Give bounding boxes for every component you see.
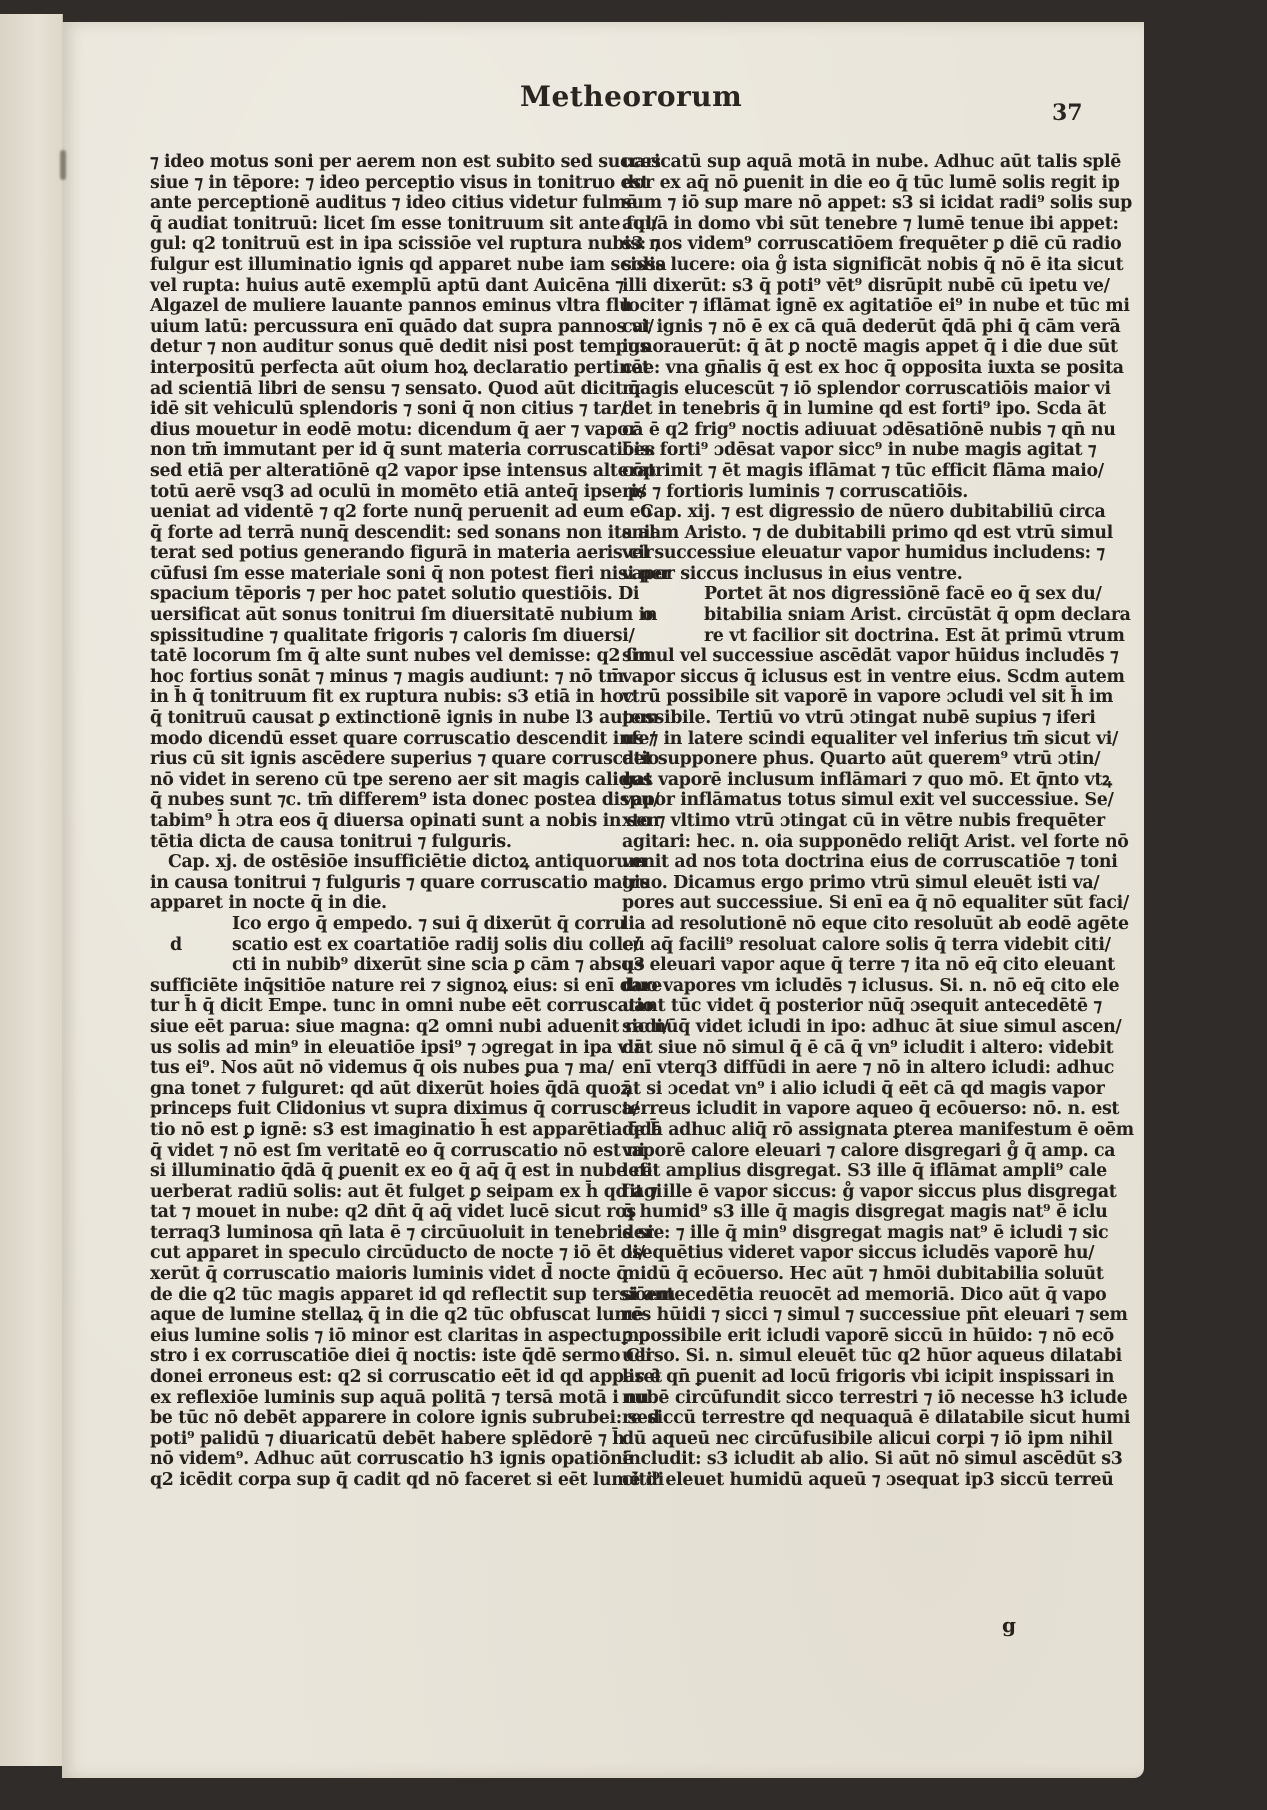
text-line: vtrū possibile sit vaporē in vapore ɔclu…: [622, 687, 1077, 708]
line-text: si illuminatio q̄dā q̄ ꝑuenit ex eo q̄ a…: [150, 1161, 652, 1181]
line-text: res hūidi ⁊ sicci ⁊ simul ⁊ successiue p…: [622, 1305, 1128, 1325]
signature-mark: g: [1002, 1613, 1016, 1637]
line-text: ante perceptionē auditus ⁊ ideo citius v…: [150, 193, 637, 213]
text-line: includit: s3 icludit ab alio. Si aūt nō …: [622, 1449, 1077, 1470]
line-text: q̄ videt ⁊ nō est ſm veritatē eo q̄ corr…: [150, 1141, 645, 1161]
text-line: ignorauerūt: q̄ āt ꝑ noctē magis appet q…: [622, 337, 1077, 358]
text-line: aque de lumine stellaꝝ q̄ in die q2 tūc …: [150, 1305, 590, 1326]
chapter-heading-line: Cap. xj. de ostēsiōe insufficiētie dicto…: [150, 852, 590, 873]
text-line: cāe: vna gn̄alis q̄ est ex hoc q̄ opposi…: [622, 358, 1077, 379]
text-line: cti in nubib⁹ dixerūt sine scia ꝑ cām ⁊ …: [150, 955, 590, 976]
line-text: re siccū terrestre qd nequaquā ē dilatab…: [622, 1408, 1130, 1428]
line-text: eius lumine solis ⁊ iō minor est clarita…: [150, 1326, 650, 1346]
line-text: terat sed potius generando figurā in mat…: [150, 543, 653, 563]
line-text: aquā in domo vbi sūt tenebre ⁊ lumē tenu…: [622, 214, 1119, 234]
line-text: terreus icludit in vapore aqueo q̄ ecōue…: [622, 1099, 1119, 1119]
text-line: āt si ɔcedat vn⁹ i alio icludi q̄ eēt cā…: [622, 1079, 1077, 1100]
text-line: vaporē calore eleuari ⁊ calore disgregar…: [622, 1141, 1077, 1162]
line-text: idē sit vehiculū splendoris ⁊ soni q̄ no…: [150, 399, 626, 419]
text-line: bes forti⁹ ɔdēsat vapor sicc⁹ in nube ma…: [622, 440, 1077, 461]
text-line: tētia dicta de causa tonitrui ⁊ fulguris…: [150, 832, 590, 853]
line-text: non tm̄ immutant per id q̄ sunt materia …: [150, 440, 656, 460]
line-text: dor ex aq̄ nō ꝑuenit in die eo q̄ tūc lu…: [622, 173, 1120, 193]
line-text: lis ē qn̄ ꝑuenit ad locū frigoris vbi ic…: [622, 1367, 1114, 1387]
line-text: siue eēt parua: siue magna: q2 omni nubi…: [150, 1017, 669, 1037]
line-text: siue ⁊ in tēpore: ⁊ ideo perceptio visus…: [150, 173, 648, 193]
line-text: lia ad resolutionē nō eque cito resoluūt…: [622, 914, 1129, 934]
text-line: si antecedētia reuocēt ad memoriā. Dico …: [622, 1285, 1077, 1306]
text-line: re siccū terrestre qd nequaquā ē dilatab…: [622, 1408, 1077, 1429]
text-line: possibile. Tertiū vo vtrū ɔtingat nubē s…: [622, 708, 1077, 729]
line-text: gat vaporē inclusum inflāmari ⁊ quo mō. …: [622, 770, 1112, 790]
line-text: be tūc nō debēt apparere in colore ignis…: [150, 1408, 659, 1428]
line-text: truo. Dicamus ergo primo vtrū simul eleu…: [622, 873, 1099, 893]
line-text: possibile. Tertiū vo vtrū ɔtingat nubē s…: [622, 708, 1095, 728]
line-text: interpositū perfecta aūt oium hoꝝ declar…: [150, 358, 650, 378]
text-line: aquā in domo vbi sūt tenebre ⁊ lumē tenu…: [622, 214, 1077, 235]
text-line: uerso. Si. n. simul eleuēt tūc q2 hūor a…: [622, 1346, 1077, 1367]
text-line: sum ⁊ iō sup mare nō appet: s3 si icidat…: [622, 193, 1077, 214]
text-line: venit ad nos tota doctrina eius de corru…: [622, 852, 1077, 873]
line-text: ad scientiā libri de sensu ⁊ sensato. Qu…: [150, 379, 640, 399]
running-title: Metheororum: [520, 80, 742, 113]
line-text: bes forti⁹ ɔdēsat vapor sicc⁹ in nube ma…: [622, 440, 1096, 460]
text-line: enī vterq3 diffūdi in aere ⁊ nō in alter…: [622, 1058, 1077, 1079]
text-line: vapor siccus q̄ iclusus est in ventre ei…: [622, 667, 1077, 688]
line-text: sufficiēte inq̄sitiōe nature rei ⁊ signo…: [150, 976, 662, 996]
text-column-right: uaricatū sup aquā motā in nube. Adhuc aū…: [622, 152, 1077, 1491]
line-text: cā ē q2 frig⁹ noctis adiuuat ɔdēsatiōnē …: [622, 420, 1116, 440]
text-line: uersificat aūt sonus tonitrui ſm diuersi…: [150, 605, 590, 626]
text-line: xerūt q̄ corruscatio maioris luminis vid…: [150, 1264, 590, 1285]
line-text: vapor siccus q̄ iclusus est in ventre ei…: [622, 667, 1125, 687]
line-text: venit ad nos tota doctrina eius de corru…: [622, 852, 1117, 872]
line-text: rius cū sit ignis ascēdere superius ⁊ qu…: [150, 749, 659, 769]
text-line: de die q2 tūc magis apparet id qd reflec…: [150, 1285, 590, 1306]
line-text: cti in nubib⁹ dixerūt sine scia ꝑ cām ⁊ …: [232, 955, 645, 975]
line-text: dere: ⁊ ille q̄ min⁹ disgregat magis nat…: [622, 1223, 1108, 1243]
line-text: tat ⁊ mouet in nube: q2 dn̄t q̄ aq̄ vide…: [150, 1202, 636, 1222]
text-line: us solis ad min⁹ in eleuatiōe ipsi⁹ ⁊ ɔg…: [150, 1038, 590, 1059]
text-line: vel successiue eleuatur vapor humidus in…: [622, 543, 1077, 564]
text-line: stro i ex corruscatiōe diei q̄ noctis: i…: [150, 1346, 590, 1367]
text-line: Algazel de muliere lauante pannos eminus…: [150, 296, 590, 317]
text-line: terraq3 luminosa qn̄ lata ē ⁊ circūuolui…: [150, 1223, 590, 1244]
guide-letter: o: [642, 605, 653, 626]
text-line: citi⁹ eleuet humidū aqueū ⁊ ɔsequat ip3 …: [622, 1470, 1077, 1491]
line-text: sniam Aristo. ⁊ de dubitabili primo qd e…: [622, 523, 1113, 543]
text-line: totū aerē vsq3 ad oculū in momēto etiā a…: [150, 482, 590, 503]
line-text: totū aerē vsq3 ad oculū in momēto etiā a…: [150, 482, 646, 502]
text-line: interpositū perfecta aūt oium hoꝝ declar…: [150, 358, 590, 379]
line-text: illi dixerūt: s3 q̄ poti⁹ vēt⁹ disrūpit …: [622, 276, 1110, 296]
line-text: us eleuari vapor aque q̄ terre ⁊ ita nō …: [622, 955, 1115, 975]
line-text: cut apparet in speculo circūducto de noc…: [150, 1243, 645, 1263]
line-text: de h̄ adhuc aliq̄ rō assignata ꝑterea ma…: [622, 1120, 1134, 1140]
text-line: q̄ forte ad terrā nunq̄ descendit: sed s…: [150, 523, 590, 544]
line-text: Cap. xj. de ostēsiōe insufficiētie dicto…: [168, 852, 646, 872]
line-text: cūfusi ſm esse materiale soni q̄ non pot…: [150, 564, 671, 584]
line-text: solis lucere: oia g̊ ista significāt nob…: [622, 255, 1123, 275]
text-line: rius cū sit ignis ascēdere superius ⁊ qu…: [150, 749, 590, 770]
line-text: terraq3 luminosa qn̄ lata ē ⁊ circūuolui…: [150, 1223, 653, 1243]
line-text: sed etiā per alteratiōnē q2 vapor ipse i…: [150, 461, 656, 481]
line-text: tio nō est ꝑ ignē: s3 est imaginatio h̄ …: [150, 1120, 662, 1140]
line-text: nō videt in sereno cū tpe sereno aer sit…: [150, 770, 652, 790]
text-line: terreus icludit in vapore aqueo q̄ ecōue…: [622, 1099, 1077, 1120]
line-text: in h̄ q̄ tonitruum fit ex ruptura nubis:…: [150, 687, 634, 707]
line-text: sic nūq̄ videt icludi in ipo: adhuc āt s…: [622, 1017, 1121, 1037]
text-line: dius mouetur in eodē motu: dicendum q̄ a…: [150, 420, 590, 441]
text-line: solis lucere: oia g̊ ista significāt nob…: [622, 255, 1077, 276]
text-line: uant tūc videt q̄ posterior nūq̄ ɔsequit…: [622, 996, 1077, 1017]
text-line: modo dicendū esset quare corruscatio des…: [150, 729, 590, 750]
text-line: lia ad resolutionē nō eque cito resoluūt…: [622, 914, 1077, 935]
line-text: nō videm⁹. Adhuc aūt corruscatio h3 igni…: [150, 1449, 633, 1469]
text-line: tur h̄ q̄ dicit Empe. tunc in omni nube …: [150, 996, 590, 1017]
folio-number: 37: [1052, 100, 1083, 126]
line-text: spissitudine ⁊ qualitate frigoris ⁊ calo…: [150, 626, 634, 646]
text-line: in causa tonitrui ⁊ fulguris ⁊ quare cor…: [150, 873, 590, 894]
line-text: donei erroneus est: q2 si corruscatio eē…: [150, 1367, 662, 1387]
text-line: cat ignis ⁊ nō ē ex cā quā dederūt q̄dā …: [622, 317, 1077, 338]
line-text: us solis ad min⁹ in eleuatiōe ipsi⁹ ⁊ ɔg…: [150, 1038, 643, 1058]
line-text: uersificat aūt sonus tonitrui ſm diuersi…: [150, 605, 657, 625]
line-text: xto ⁊ vltimo vtrū ɔtingat cū in vētre nu…: [622, 811, 1105, 831]
line-text: tatē locorum ſm q̄ alte sunt nubes vel d…: [150, 646, 651, 666]
ink-stain: [60, 150, 66, 180]
text-line: siue ⁊ in tēpore: ⁊ ideo perceptio visus…: [150, 173, 590, 194]
text-line: sufficiēte inq̄sitiōe nature rei ⁊ signo…: [150, 976, 590, 997]
text-line: cū aq̄ facili⁹ resoluat calore solis q̄ …: [622, 935, 1077, 956]
text-line: ꝑ possibile erit icludi vaporē siccū in …: [622, 1326, 1077, 1347]
line-text: q2 icēdit corpa sup q̄ cadit qd nō facer…: [150, 1470, 664, 1490]
line-text: pores aut successiue. Si enī ea q̄ nō eq…: [622, 893, 1129, 913]
text-line: detur ⁊ non auditur sonus quē dedit nisi…: [150, 337, 590, 358]
text-line: eius lumine solis ⁊ iō minor est clarita…: [150, 1326, 590, 1347]
line-text: includit: s3 icludit ab alio. Si aūt nō …: [622, 1449, 1123, 1469]
line-text: cāe: vna gn̄alis q̄ est ex hoc q̄ opposi…: [622, 358, 1124, 378]
text-line: si illuminatio q̄dā q̄ ꝑuenit ex eo q̄ a…: [150, 1161, 590, 1182]
text-line: vapor siccus inclusus in eius ventre.: [622, 564, 1077, 585]
line-text: agitari: hec. n. oia supponēdo reliq̄t A…: [622, 832, 1129, 852]
text-line: q̄ audiat tonitruū: licet ſm esse tonitr…: [150, 214, 590, 235]
text-line: re vt facilior sit doctrina. Est āt prim…: [622, 626, 1077, 647]
text-column-left: ⁊ ideo motus soni per aerem non est subi…: [150, 152, 590, 1491]
line-text: vaporē calore eleuari ⁊ calore disgregar…: [622, 1141, 1115, 1161]
text-line: tio nō est ꝑ ignē: s3 est imaginatio h̄ …: [150, 1120, 590, 1141]
line-text: q̄ forte ad terrā nunq̄ descendit: sed s…: [150, 523, 655, 543]
line-text: bitabilia sniam Arist. circūstāt q̄ opm …: [704, 605, 1131, 625]
text-line: fit ⁊ ille ē vapor siccus: g̊ vapor sicc…: [622, 1182, 1077, 1203]
text-line: lis ē qn̄ ꝑuenit ad locū frigoris vbi ic…: [622, 1367, 1077, 1388]
text-line: us ⁊ in latere scindi equaliter vel infe…: [622, 729, 1077, 750]
text-line: uaricatū sup aquā motā in nube. Adhuc aū…: [622, 152, 1077, 173]
text-line: non tm̄ immutant per id q̄ sunt materia …: [150, 440, 590, 461]
line-text: s3 nos videm⁹ corruscatiōem frequēter ꝑ …: [622, 234, 1121, 254]
line-text: spacium tēporis ⁊ per hoc patet solutio …: [150, 584, 639, 604]
line-text: dius mouetur in eodē motu: dicendum q̄ a…: [150, 420, 637, 440]
text-line: truo. Dicamus ergo primo vtrū simul eleu…: [622, 873, 1077, 894]
text-line: lefit amplius disgregat. S3 ille q̄ iflā…: [622, 1161, 1077, 1182]
text-line: s3 nos videm⁹ corruscatiōem frequēter ꝑ …: [622, 234, 1077, 255]
text-line: nō videm⁹. Adhuc aūt corruscatio h3 igni…: [150, 1449, 590, 1470]
line-text: dāt siue nō simul q̄ ē cā q̄ vn⁹ icludit…: [622, 1038, 1113, 1058]
text-line: vapor inflāmatus totus simul exit vel su…: [622, 790, 1077, 811]
text-line: q̄ nubes sunt ⁊c. tm̄ differem⁹ ista don…: [150, 790, 590, 811]
text-line: dū aqueū nec circūfusibile alicui corpi …: [622, 1429, 1077, 1450]
text-line: q̄ videt ⁊ nō est ſm veritatē eo q̄ corr…: [150, 1141, 590, 1162]
line-text: ris ⁊ fortioris luminis ⁊ corruscatiōis.: [622, 482, 968, 502]
text-line: gul: q2 tonitruū est in ipa scissiōe vel…: [150, 234, 590, 255]
line-text: uant tūc videt q̄ posterior nūq̄ ɔsequit…: [622, 996, 1102, 1016]
line-text: princeps fuit Clidonius vt supra diximus…: [150, 1099, 639, 1119]
line-text: apparet in nocte q̄ in die.: [150, 893, 387, 913]
text-line: gna tonet ⁊ fulguret: qd aūt dixerūt hoi…: [150, 1079, 590, 1100]
text-line: ɔsequētius videret vapor siccus icludēs …: [622, 1243, 1077, 1264]
line-text: det in tenebris q̄ in lumine qd est fort…: [622, 399, 1106, 419]
text-line: q̄ tonitruū causat ꝑ extinctionē ignis i…: [150, 708, 590, 729]
text-line: ueniat ad videntē ⁊ q2 forte nunq̄ perue…: [150, 502, 590, 523]
line-text: uaricatū sup aquā motā in nube. Adhuc aū…: [622, 152, 1121, 172]
line-text: us ⁊ in latere scindi equaliter vel infe…: [622, 729, 1118, 749]
line-text: q̄ tonitruū causat ꝑ extinctionē ignis i…: [150, 708, 659, 728]
line-text: Portet āt nos digressiōnē facē eo q̄ sex…: [704, 584, 1101, 604]
text-line: cūfusi ſm esse materiale soni q̄ non pot…: [150, 564, 590, 585]
line-text: ɔsequētius videret vapor siccus icludēs …: [622, 1243, 1094, 1263]
line-text: uium latū: percussura enī quādo dat supr…: [150, 317, 654, 337]
text-line: sic nūq̄ videt icludi in ipo: adhuc āt s…: [622, 1017, 1077, 1038]
line-text: detur ⁊ non auditur sonus quē dedit nisi…: [150, 337, 649, 357]
text-line: in h̄ q̄ tonitruum fit ex ruptura nubis:…: [150, 687, 590, 708]
text-line: illi dixerūt: s3 q̄ poti⁹ vēt⁹ disrūpit …: [622, 276, 1077, 297]
text-line: xto ⁊ vltimo vtrū ɔtingat cū in vētre nu…: [622, 811, 1077, 832]
text-line: nubē circūfundit sicco terrestri ⁊ iō ne…: [622, 1388, 1077, 1409]
text-line: duo vapores vm icludēs ⁊ iclusus. Si. n.…: [622, 976, 1077, 997]
line-text: uerso. Si. n. simul eleuēt tūc q2 hūor a…: [622, 1346, 1122, 1366]
text-line: sed etiā per alteratiōnē q2 vapor ipse i…: [150, 461, 590, 482]
text-line: det supponere phus. Quarto aūt querem⁹ v…: [622, 749, 1077, 770]
line-text: dū aqueū nec circūfusibile alicui corpi …: [622, 1429, 1113, 1449]
text-line: ante perceptionē auditus ⁊ ideo citius v…: [150, 193, 590, 214]
text-line: simul vel successiue ascēdāt vapor hūidu…: [622, 646, 1077, 667]
text-line: Portet āt nos digressiōnē facē eo q̄ sex…: [622, 584, 1077, 605]
line-text: poti⁹ palidū ⁊ diuaricatū debēt habere s…: [150, 1429, 624, 1449]
text-line: spacium tēporis ⁊ per hoc patet solutio …: [150, 584, 590, 605]
line-text: tus ei⁹. Nos aūt nō videmus q̄ ois nubes…: [150, 1058, 614, 1078]
text-line: siue eēt parua: siue magna: q2 omni nubi…: [150, 1017, 590, 1038]
line-text: q̄ humid⁹ s3 ille q̄ magis disgregat mag…: [622, 1202, 1107, 1222]
line-text: det supponere phus. Quarto aūt querem⁹ v…: [622, 749, 1100, 769]
text-line: vel rupta: huius autē exemplū aptū dant …: [150, 276, 590, 297]
text-line: cut apparet in speculo circūducto de noc…: [150, 1243, 590, 1264]
text-line: res hūidi ⁊ sicci ⁊ simul ⁊ successiue p…: [622, 1305, 1077, 1326]
text-line: apparet in nocte q̄ in die.: [150, 893, 590, 914]
line-text: Algazel de muliere lauante pannos eminus…: [150, 296, 631, 316]
line-text: cat ignis ⁊ nō ē ex cā quā dederūt q̄dā …: [622, 317, 1120, 337]
line-text: re vt facilior sit doctrina. Est āt prim…: [704, 626, 1125, 646]
line-text: vapor inflāmatus totus simul exit vel su…: [622, 790, 1113, 810]
line-text: ꝑ possibile erit icludi vaporē siccū in …: [622, 1326, 1114, 1346]
line-text: stro i ex corruscatiōe diei q̄ noctis: i…: [150, 1346, 652, 1366]
line-text: vel rupta: huius autē exemplū aptū dant …: [150, 276, 624, 296]
text-line: poti⁹ palidū ⁊ diuaricatū debēt habere s…: [150, 1429, 590, 1450]
text-line: tabim⁹ h̄ ɔtra eos q̄ diuersa opinati su…: [150, 811, 590, 832]
line-text: tabim⁹ h̄ ɔtra eos q̄ diuersa opinati su…: [150, 811, 659, 831]
text-line: cā ē q2 frig⁹ noctis adiuuat ɔdēsatiōnē …: [622, 420, 1077, 441]
text-line: be tūc nō debēt apparere in colore ignis…: [150, 1408, 590, 1429]
line-text: aque de lumine stellaꝝ q̄ in die q2 tūc …: [150, 1305, 643, 1325]
text-line: pores aut successiue. Si enī ea q̄ nō eq…: [622, 893, 1077, 914]
text-line: ex reflexiōe luminis sup aquā politā ⁊ t…: [150, 1388, 590, 1409]
text-line: uerberat radiū solis: aut ēt fulget ꝑ se…: [150, 1182, 590, 1203]
text-line: princeps fuit Clidonius vt supra diximus…: [150, 1099, 590, 1120]
text-line: dere: ⁊ ille q̄ min⁹ disgregat magis nat…: [622, 1223, 1077, 1244]
line-text: lociter ⁊ iflāmat ignē ex agitatiōe ei⁹ …: [622, 296, 1130, 316]
line-text: modo dicendū esset quare corruscatio des…: [150, 729, 655, 749]
line-text: ueniat ad videntē ⁊ q2 forte nunq̄ perue…: [150, 502, 652, 522]
line-text: xerūt q̄ corruscatio maioris luminis vid…: [150, 1264, 628, 1284]
text-line: hoc fortius sonāt ⁊ minus ⁊ magis audiun…: [150, 667, 590, 688]
text-line: det in tenebris q̄ in lumine qd est fort…: [622, 399, 1077, 420]
text-line: cōprimit ⁊ ēt magis iflāmat ⁊ tūc effici…: [622, 461, 1077, 482]
line-text: ⁊ ideo motus soni per aerem non est subi…: [150, 152, 661, 172]
text-line: donei erroneus est: q2 si corruscatio eē…: [150, 1367, 590, 1388]
text-line: tat ⁊ mouet in nube: q2 dn̄t q̄ aq̄ vide…: [150, 1202, 590, 1223]
line-text: Ico ergo q̄ empedo. ⁊ sui q̄ dixerūt q̄ …: [232, 914, 626, 934]
facing-page-edge: [0, 14, 63, 1766]
line-text: de die q2 tūc magis apparet id qd reflec…: [150, 1285, 675, 1305]
text-line: de h̄ adhuc aliq̄ rō assignata ꝑterea ma…: [622, 1120, 1077, 1141]
line-text: vapor siccus inclusus in eius ventre.: [622, 564, 962, 584]
text-line: nō videt in sereno cū tpe sereno aer sit…: [150, 770, 590, 791]
line-text: gul: q2 tonitruū est in ipa scissiōe vel…: [150, 234, 660, 254]
text-line: sniam Aristo. ⁊ de dubitabili primo qd e…: [622, 523, 1077, 544]
text-line: agitari: hec. n. oia supponēdo reliq̄t A…: [622, 832, 1077, 853]
chapter-heading-line: Cap. xij. ⁊ est digressio de nūero dubit…: [622, 502, 1077, 523]
text-line: terat sed potius generando figurā in mat…: [150, 543, 590, 564]
text-line: tatē locorum ſm q̄ alte sunt nubes vel d…: [150, 646, 590, 667]
line-text: tur h̄ q̄ dicit Empe. tunc in omni nube …: [150, 996, 654, 1016]
text-line: uium latū: percussura enī quādo dat supr…: [150, 317, 590, 338]
line-text: hoc fortius sonāt ⁊ minus ⁊ magis audiun…: [150, 667, 624, 687]
line-text: duo vapores vm icludēs ⁊ iclusus. Si. n.…: [622, 976, 1119, 996]
line-text: cū aq̄ facili⁹ resoluat calore solis q̄ …: [622, 935, 1111, 955]
text-line: q̄ humid⁹ s3 ille q̄ magis disgregat mag…: [622, 1202, 1077, 1223]
line-text: q̄ audiat tonitruū: licet ſm esse tonitr…: [150, 214, 658, 234]
line-text: scatio est ex coartatiōe radij solis diu…: [232, 935, 639, 955]
line-text: ex reflexiōe luminis sup aquā politā ⁊ t…: [150, 1388, 649, 1408]
line-text: lefit amplius disgregat. S3 ille q̄ iflā…: [622, 1161, 1107, 1181]
text-line: lociter ⁊ iflāmat ignē ex agitatiōe ei⁹ …: [622, 296, 1077, 317]
text-line: us eleuari vapor aque q̄ terre ⁊ ita nō …: [622, 955, 1077, 976]
text-line: spissitudine ⁊ qualitate frigoris ⁊ calo…: [150, 626, 590, 647]
text-line: midū q̄ ecōuerso. Hec aūt ⁊ hmōi dubitab…: [622, 1264, 1077, 1285]
text-line: ad scientiā libri de sensu ⁊ sensato. Qu…: [150, 379, 590, 400]
text-line: Ico ergo q̄ empedo. ⁊ sui q̄ dixerūt q̄ …: [150, 914, 590, 935]
line-text: si antecedētia reuocēt ad memoriā. Dico …: [622, 1285, 1106, 1305]
text-line: ris ⁊ fortioris luminis ⁊ corruscatiōis.: [622, 482, 1077, 503]
line-text: ignorauerūt: q̄ āt ꝑ noctē magis appet q…: [622, 337, 1118, 357]
guide-letter: d: [170, 935, 182, 956]
text-line: magis elucescūt ⁊ iō splendor corruscati…: [622, 379, 1077, 400]
line-text: fulgur est illuminatio ignis qd apparet …: [150, 255, 666, 275]
text-line: q2 icēdit corpa sup q̄ cadit qd nō facer…: [150, 1470, 590, 1491]
text-line: ⁊ ideo motus soni per aerem non est subi…: [150, 152, 590, 173]
text-line: gat vaporē inclusum inflāmari ⁊ quo mō. …: [622, 770, 1077, 791]
line-text: simul vel successiue ascēdāt vapor hūidu…: [622, 646, 1118, 666]
line-text: sum ⁊ iō sup mare nō appet: s3 si icidat…: [622, 193, 1132, 213]
line-text: gna tonet ⁊ fulguret: qd aūt dixerūt hoi…: [150, 1079, 630, 1099]
text-line: fulgur est illuminatio ignis qd apparet …: [150, 255, 590, 276]
line-text: magis elucescūt ⁊ iō splendor corruscati…: [622, 379, 1111, 399]
text-line: obitabilia sniam Arist. circūstāt q̄ opm…: [622, 605, 1077, 626]
line-text: vtrū possibile sit vaporē in vapore ɔclu…: [622, 687, 1113, 707]
text-line: tus ei⁹. Nos aūt nō videmus q̄ ois nubes…: [150, 1058, 590, 1079]
line-text: enī vterq3 diffūdi in aere ⁊ nō in alter…: [622, 1058, 1114, 1078]
text-line: dāt siue nō simul q̄ ē cā q̄ vn⁹ icludit…: [622, 1038, 1077, 1059]
line-text: cōprimit ⁊ ēt magis iflāmat ⁊ tūc effici…: [622, 461, 1104, 481]
line-text: citi⁹ eleuet humidū aqueū ⁊ ɔsequat ip3 …: [622, 1470, 1113, 1490]
text-line: idē sit vehiculū splendoris ⁊ soni q̄ no…: [150, 399, 590, 420]
text-line: dor ex aq̄ nō ꝑuenit in die eo q̄ tūc lu…: [622, 173, 1077, 194]
line-text: fit ⁊ ille ē vapor siccus: g̊ vapor sicc…: [622, 1182, 1116, 1202]
line-text: midū q̄ ecōuerso. Hec aūt ⁊ hmōi dubitab…: [622, 1264, 1104, 1284]
line-text: Cap. xij. ⁊ est digressio de nūero dubit…: [640, 502, 1105, 522]
line-text: in causa tonitrui ⁊ fulguris ⁊ quare cor…: [150, 873, 650, 893]
text-line: dscatio est ex coartatiōe radij solis di…: [150, 935, 590, 956]
line-text: q̄ nubes sunt ⁊c. tm̄ differem⁹ ista don…: [150, 790, 659, 810]
line-text: āt si ɔcedat vn⁹ i alio icludi q̄ eēt cā…: [622, 1079, 1104, 1099]
line-text: uerberat radiū solis: aut ēt fulget ꝑ se…: [150, 1182, 662, 1202]
line-text: nubē circūfundit sicco terrestri ⁊ iō ne…: [622, 1388, 1127, 1408]
line-text: vel successiue eleuatur vapor humidus in…: [622, 543, 1105, 563]
line-text: tētia dicta de causa tonitrui ⁊ fulguris…: [150, 832, 512, 852]
